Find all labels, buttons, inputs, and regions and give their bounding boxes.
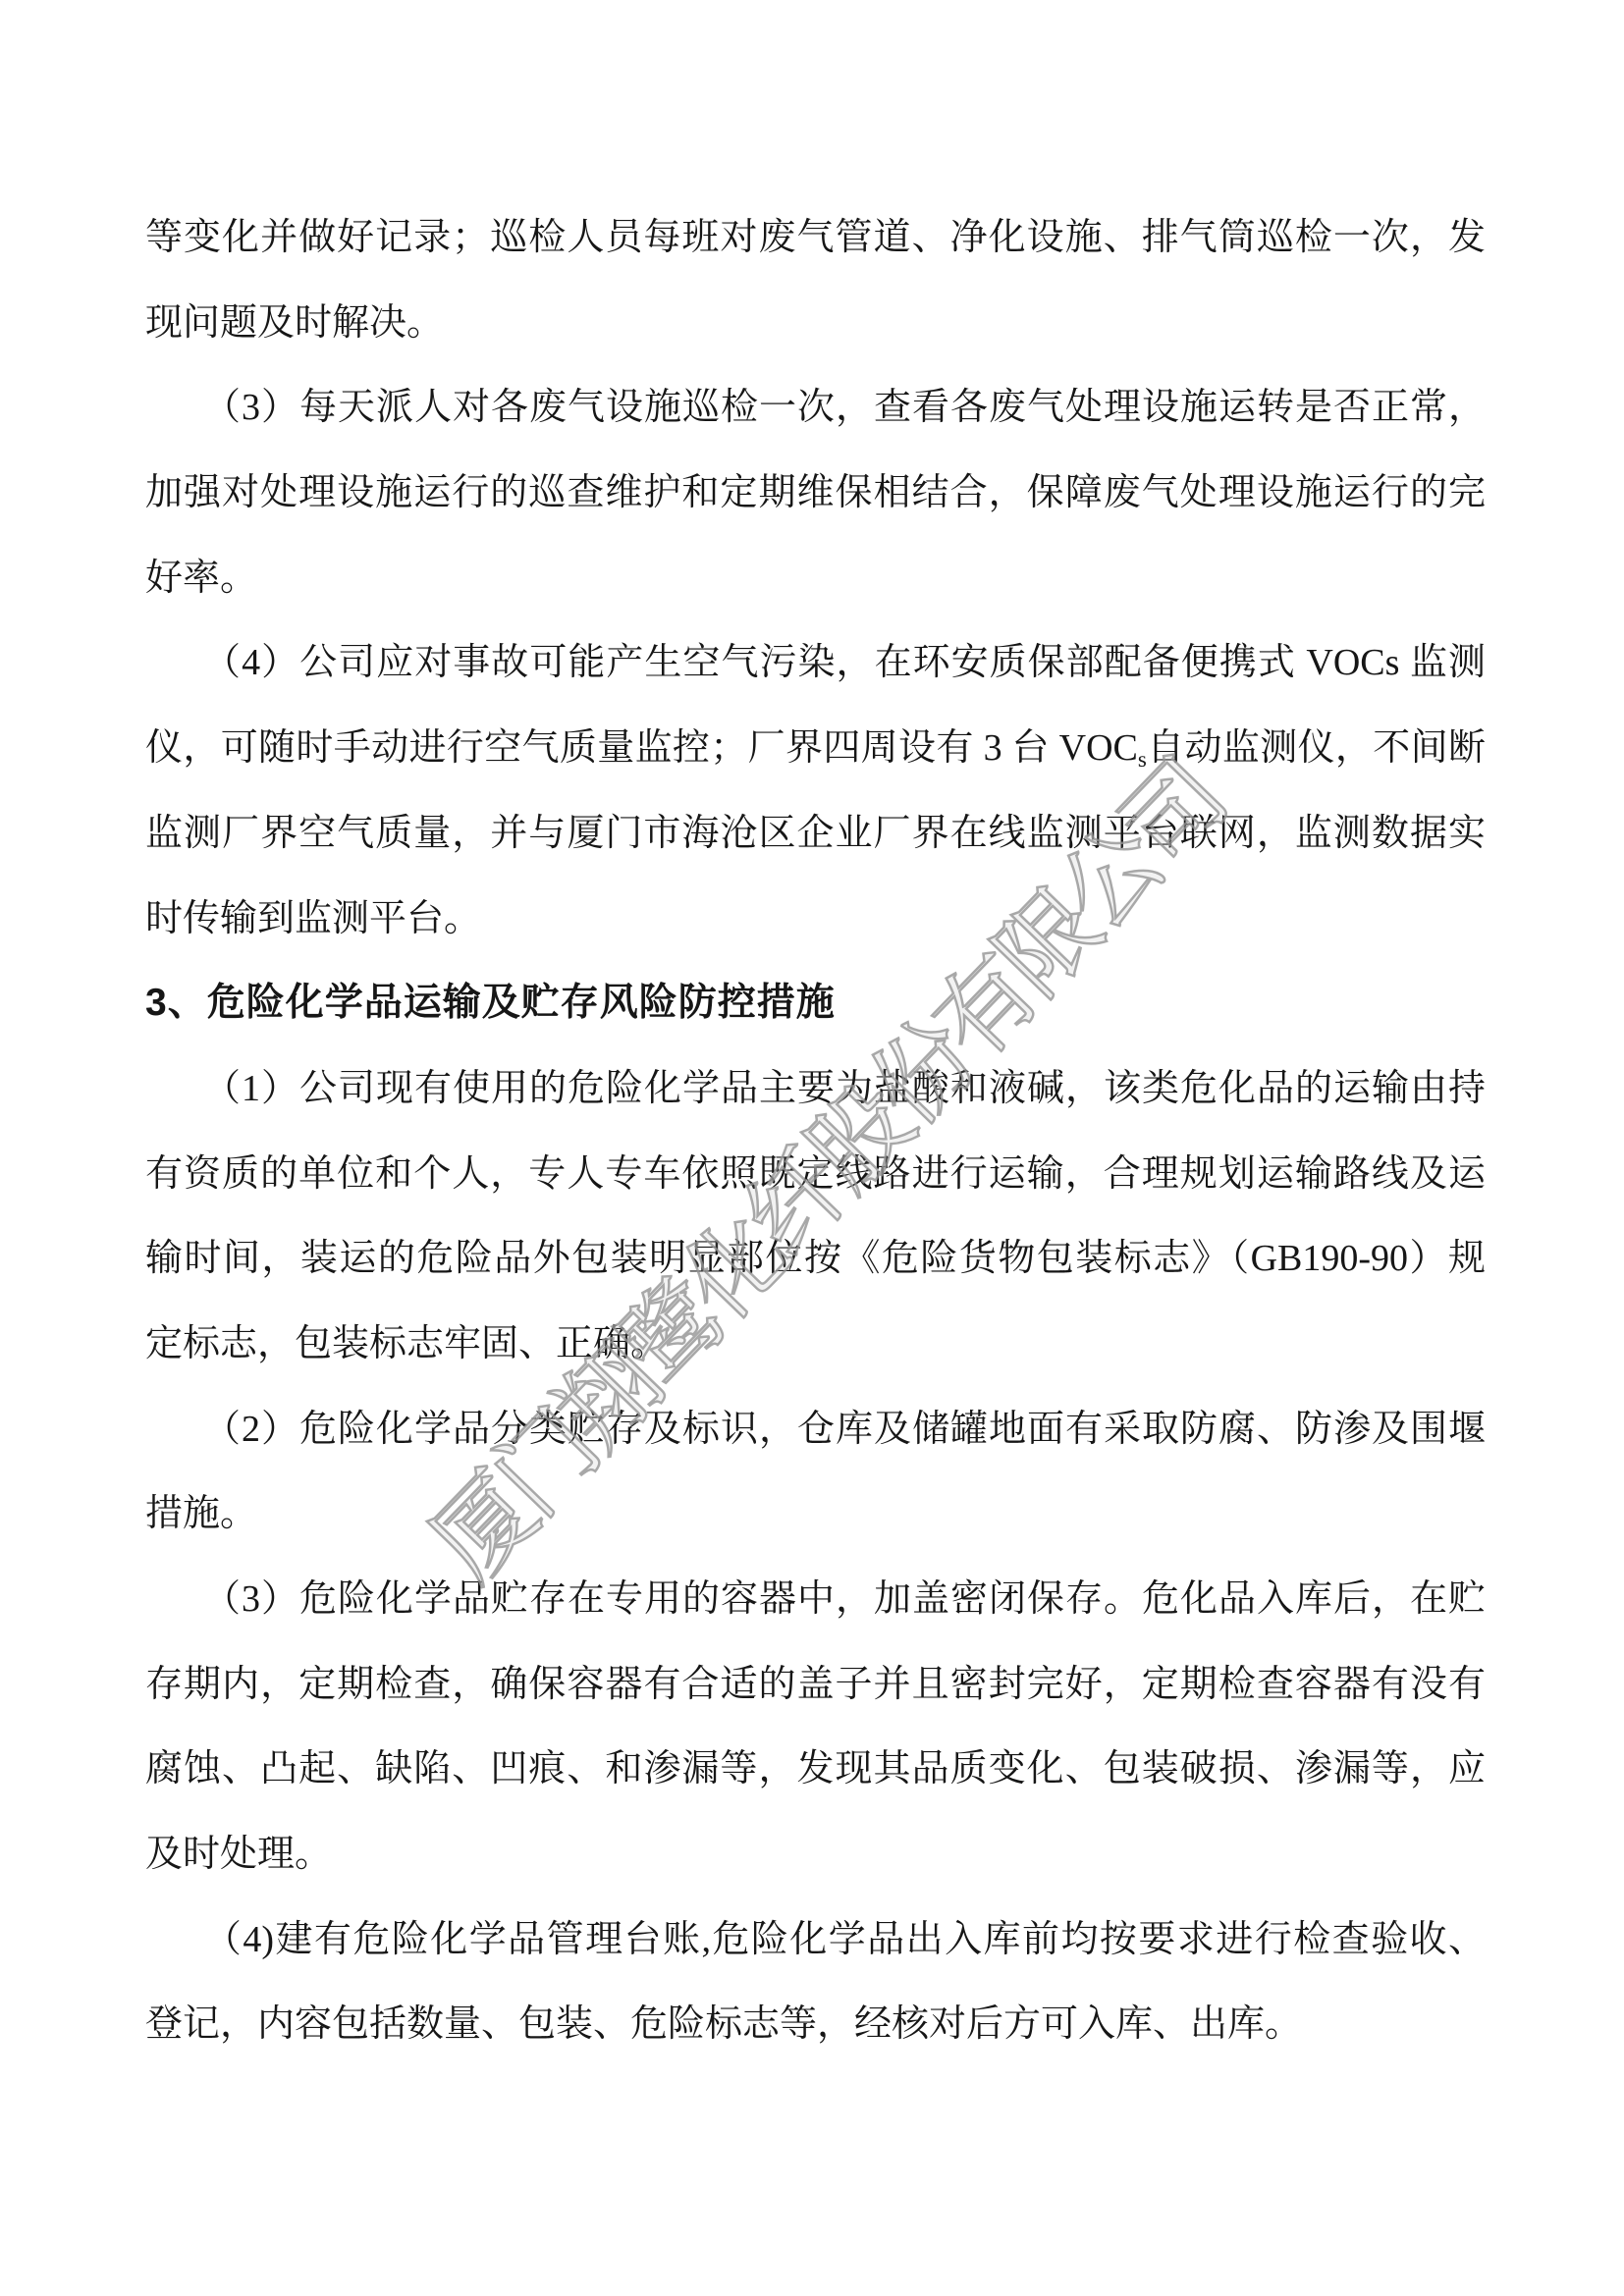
section-heading: 3、危险化学品运输及贮存风险防控措施	[145, 961, 1486, 1046]
text-line: （1）公司现有使用的危险化学品主要为盐酸和液碱，该类危化品的运输由持	[145, 1046, 1486, 1132]
text-line: 腐蚀、凸起、缺陷、凹痕、和渗漏等，发现其品质变化、包装破损、渗漏等，应	[145, 1727, 1486, 1812]
line-segment: 自动监测仪，不间断	[1147, 727, 1486, 769]
text-line: 好率。	[145, 536, 1486, 621]
text-line: 及时处理。	[145, 1812, 1486, 1897]
text-line: 存期内，定期检查，确保容器有合适的盖子并且密封完好，定期检查容器有没有	[145, 1642, 1486, 1728]
text-line: （3）危险化学品贮存在专用的容器中，加盖密闭保存。危化品入库后，在贮	[145, 1557, 1486, 1642]
subscript-text: s	[1138, 747, 1147, 772]
text-line: （4）公司应对事故可能产生空气污染，在环安质保部配备便携式 VOCs 监测	[145, 620, 1486, 706]
text-line: 输时间，装运的危险品外包装明显部位按《危险货物包装标志》（GB190-90）规	[145, 1216, 1486, 1302]
text-line: （2）危险化学品分类贮存及标识，仓库及储罐地面有采取防腐、防渗及围堰	[145, 1387, 1486, 1472]
line-segment: 仪，可随时手动进行空气质量监控；厂界四周设有 3 台 VOC	[145, 727, 1138, 769]
text-line: 登记，内容包括数量、包装、危险标志等，经核对后方可入库、出库。	[145, 1982, 1486, 2067]
document-content: 等变化并做好记录；巡检人员每班对废气管道、净化设施、排气筒巡检一次，发现问题及时…	[145, 195, 1486, 2067]
text-line: 定标志，包装标志牢固、正确。	[145, 1302, 1486, 1387]
text-line: 仪，可随时手动进行空气质量监控；厂界四周设有 3 台 VOCs自动监测仪，不间断	[145, 706, 1486, 791]
text-line: 现问题及时解决。	[145, 281, 1486, 366]
text-line: 加强对处理设施运行的巡查维护和定期维保相结合，保障废气处理设施运行的完	[145, 451, 1486, 536]
text-line: （4)建有危险化学品管理台账,危险化学品出入库前均按要求进行检查验收、	[145, 1897, 1486, 1983]
text-line: 监测厂界空气质量，并与厦门市海沧区企业厂界在线监测平台联网，监测数据实	[145, 791, 1486, 877]
document-page: 厦门翔鹭化纤股份有限公司 等变化并做好记录；巡检人员每班对废气管道、净化设施、排…	[0, 0, 1624, 2296]
text-line: 有资质的单位和个人，专人专车依照既定线路进行运输，合理规划运输路线及运	[145, 1132, 1486, 1217]
text-line: 时传输到监测平台。	[145, 877, 1486, 962]
text-line: （3）每天派人对各废气设施巡检一次，查看各废气处理设施运转是否正常，	[145, 365, 1486, 451]
text-line: 等变化并做好记录；巡检人员每班对废气管道、净化设施、排气筒巡检一次，发	[145, 195, 1486, 281]
text-line: 措施。	[145, 1471, 1486, 1557]
